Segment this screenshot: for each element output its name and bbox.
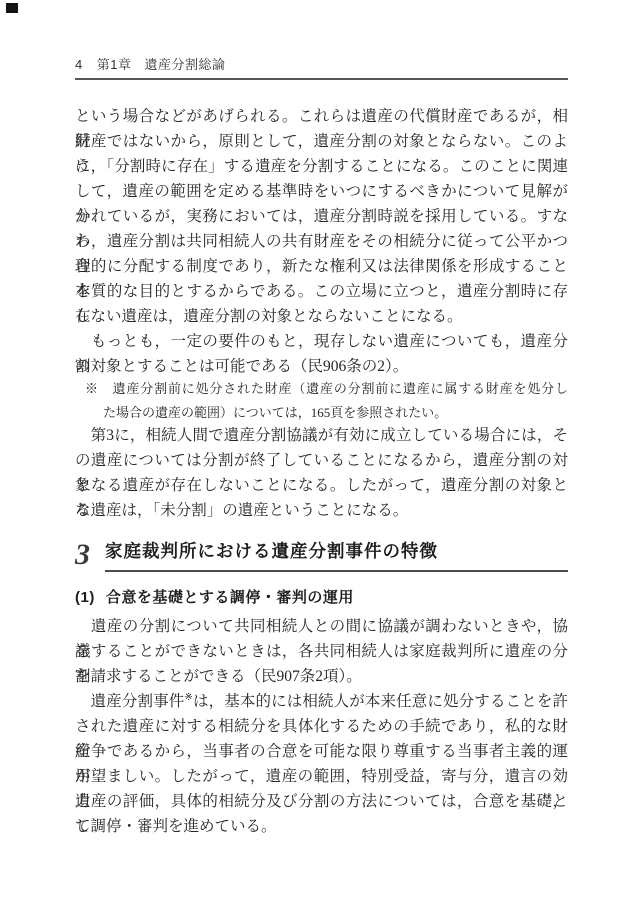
text-line: という場合などがあげられる。これらは遺産の代償財産であるが，相続 <box>75 104 568 129</box>
header-rule <box>75 78 568 80</box>
section-number: 3 <box>75 541 90 572</box>
paragraph-a: という場合などがあげられる。これらは遺産の代償財産であるが，相続 財産ではないか… <box>75 104 568 329</box>
text-line: の対象とすることは可能である（民906条の2）。 <box>75 354 568 379</box>
chapter-label: 第1章 <box>97 54 132 73</box>
paragraph-b: もっとも，一定の要件のもと，現存しない遺産についても，遺産分割 の対象とすること… <box>75 329 568 379</box>
text-line: 理的に分配する制度であり，新たな権利又は法律関係を形成することを <box>75 254 568 279</box>
subsection-heading: (1)合意を基礎とする調停・審判の運用 <box>75 588 568 608</box>
paragraph-e: 遺産分割事件※は，基本的には相続人が本来任意に処分することを許 された遺産に対す… <box>75 689 568 839</box>
text-line: 遺産の分割について共同相続人との間に協議が調わないときや，協議 <box>75 614 568 639</box>
text-line: して，遺産の範囲を定める基準時をいつにするべきかについて見解が分 <box>75 179 568 204</box>
note-line: ※ 遺産分割前に処分された財産（遺産の分割前に遺産に属する財産を処分し <box>85 377 568 401</box>
text-line: となる遺産が存在しないことになる。したがって，遺産分割の対象とな <box>75 473 568 498</box>
section-title-underline: 家庭裁判所における遺産分割事件の特徴 <box>105 541 568 572</box>
text-line: 遺産の評価，具体的相続分及び分割の方法については，合意を基礎とし <box>75 789 568 814</box>
corner-mark <box>6 3 18 13</box>
text-line: ち，遺産分割は共同相続人の共有財産をその相続分に従って公平かつ合 <box>75 229 568 254</box>
text-segment: 遺産分割事件 <box>75 693 184 710</box>
text-line: て調停・審判を進めている。 <box>75 814 568 839</box>
text-line: に，「分割時に存在」する遺産を分割することになる。このことに関連 <box>75 154 568 179</box>
text-line: 本質的な目的とするからである。この立場に立つと，遺産分割時に存在 <box>75 279 568 304</box>
text-line: しない遺産は，遺産分割の対象とならないことになる。 <box>75 304 568 329</box>
text-line: もっとも，一定の要件のもと，現存しない遺産についても，遺産分割 <box>75 329 568 354</box>
text-segment: は，基本的には相続人が本来任意に処分することを許 <box>193 693 568 710</box>
page-number: 4 <box>75 57 83 72</box>
subsection-number: (1) <box>75 589 95 606</box>
text-line: 遺産分割事件※は，基本的には相続人が本来任意に処分することを許 <box>75 689 568 714</box>
text-line: が望ましい。したがって，遺産の範囲，特別受益，寄与分，遺言の効力， <box>75 764 568 789</box>
footnote-reference-mark: ※ <box>184 692 193 703</box>
subsection-title: 合意を基礎とする調停・審判の運用 <box>106 589 354 606</box>
note-line: た場合の遺産の範囲）については，165頁を参照されたい。 <box>103 401 568 425</box>
text-line: かれているが，実務においては，遺産分割時説を採用している。すなわ <box>75 204 568 229</box>
page-content: という場合などがあげられる。これらは遺産の代償財産であるが，相続 財産ではないか… <box>75 104 568 839</box>
chapter-title: 遺産分割総論 <box>144 54 225 73</box>
text-line: を請求することができる（民907条2項）。 <box>75 664 568 689</box>
text-line: 第3に，相続人間で遺産分割協議が有効に成立している場合には，そ <box>75 423 568 448</box>
text-line: 財産ではないから，原則として，遺産分割の対象とならない。このよう <box>75 129 568 154</box>
text-line: をすることができないときは，各共同相続人は家庭裁判所に遺産の分割 <box>75 639 568 664</box>
text-line: 紛争であるから，当事者の合意を可能な限り尊重する当事者主義的運用 <box>75 739 568 764</box>
paragraph-c: 第3に，相続人間で遺産分割協議が有効に成立している場合には，そ の遺産については… <box>75 423 568 523</box>
reference-note: ※ 遺産分割前に処分された財産（遺産の分割前に遺産に属する財産を処分し た場合の… <box>103 377 568 425</box>
section-title: 家庭裁判所における遺産分割事件の特徴 <box>105 541 438 561</box>
paragraph-d: 遺産の分割について共同相続人との間に協議が調わないときや，協議 をすることができ… <box>75 614 568 689</box>
text-line: る遺産は，「未分割」の遺産ということになる。 <box>75 498 568 523</box>
document-page: 4 第1章 遺産分割総論 という場合などがあげられる。これらは遺産の代償財産であ… <box>0 0 642 900</box>
text-line: の遺産については分割が終了していることになるから，遺産分割の対象 <box>75 448 568 473</box>
text-line: された遺産に対する相続分を具体化するための手続であり，私的な財産 <box>75 714 568 739</box>
section-heading: 3 家庭裁判所における遺産分割事件の特徴 <box>75 541 568 572</box>
running-header: 4 第1章 遺産分割総論 <box>75 54 568 73</box>
